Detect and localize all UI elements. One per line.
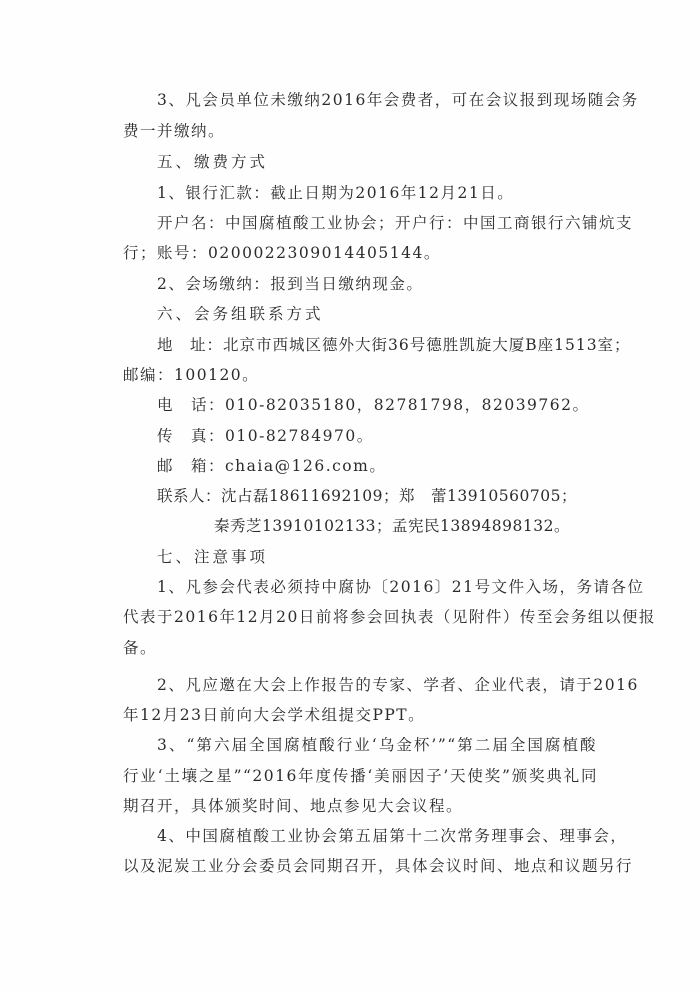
section-heading-notes: 七、注意事项 [157, 546, 632, 568]
contacts-line: 联系人：沈占磊18611692109；郑 蕾13910560705； [157, 485, 632, 507]
paragraph-line: 行业‘土壤之星”“2016年度传播‘美丽因子’天使奖”颁奖典礼同 [123, 765, 598, 787]
paragraph-line: 1、凡参会代表必须持中腐协〔2016〕21号文件入场，务请各位 [157, 576, 597, 598]
postcode-line: 邮编：100120。 [123, 364, 598, 386]
paragraph-line: 开户名：中国腐植酸工业协会；开户行：中国工商银行六铺炕支 [157, 212, 597, 234]
paragraph-line: 3、凡会员单位未缴纳2016年会费者，可在会议报到现场随会务 [157, 89, 597, 111]
section-heading-payment: 五、缴费方式 [157, 151, 632, 173]
paragraph-line: 以及泥炭工业分会委员会同期召开，具体会议时间、地点和议题另行 [123, 855, 598, 877]
paragraph-line: 2、凡应邀在大会上作报告的专家、学者、企业代表，请于2016 [157, 674, 597, 696]
paragraph-line: 备。 [123, 637, 598, 659]
paragraph-line: 3、“第六届全国腐植酸行业‘乌金杯’”“第二届全国腐植酸 [157, 734, 597, 756]
email-line[interactable]: 邮 箱：chaia@126.com。 [157, 455, 632, 477]
fax-line: 传 真：010-82784970。 [157, 425, 632, 447]
phone-line: 电 话：010-82035180，82781798，82039762。 [157, 394, 632, 416]
address-line: 地 址：北京市西城区德外大街36号德胜凯旋大厦B座1513室； [157, 334, 632, 356]
paragraph-line: 1、银行汇款：截止日期为2016年12月21日。 [157, 182, 632, 204]
paragraph-line: 费一并缴纳。 [123, 120, 598, 142]
contacts-line: 秦秀芝13910102133；孟宪民13894898132。 [214, 515, 689, 537]
paragraph-line: 年12月23日前向大会学术组提交PPT。 [123, 704, 598, 726]
section-heading-contact: 六、会务组联系方式 [157, 303, 632, 325]
bank-account-line: 行；账号：0200022309014405144。 [123, 242, 598, 264]
document-page: 3、凡会员单位未缴纳2016年会费者，可在会议报到现场随会务 费一并缴纳。 五、… [0, 0, 700, 990]
paragraph-line: 代表于2016年12月20日前将参会回执表（见附件）传至会务组以便报 [123, 606, 598, 628]
paragraph-line: 2、会场缴纳：报到当日缴纳现金。 [157, 273, 632, 295]
paragraph-line: 期召开，具体颁奖时间、地点参见大会议程。 [123, 795, 598, 817]
paragraph-line: 4、中国腐植酸工业协会第五届第十二次常务理事会、理事会， [157, 825, 597, 847]
